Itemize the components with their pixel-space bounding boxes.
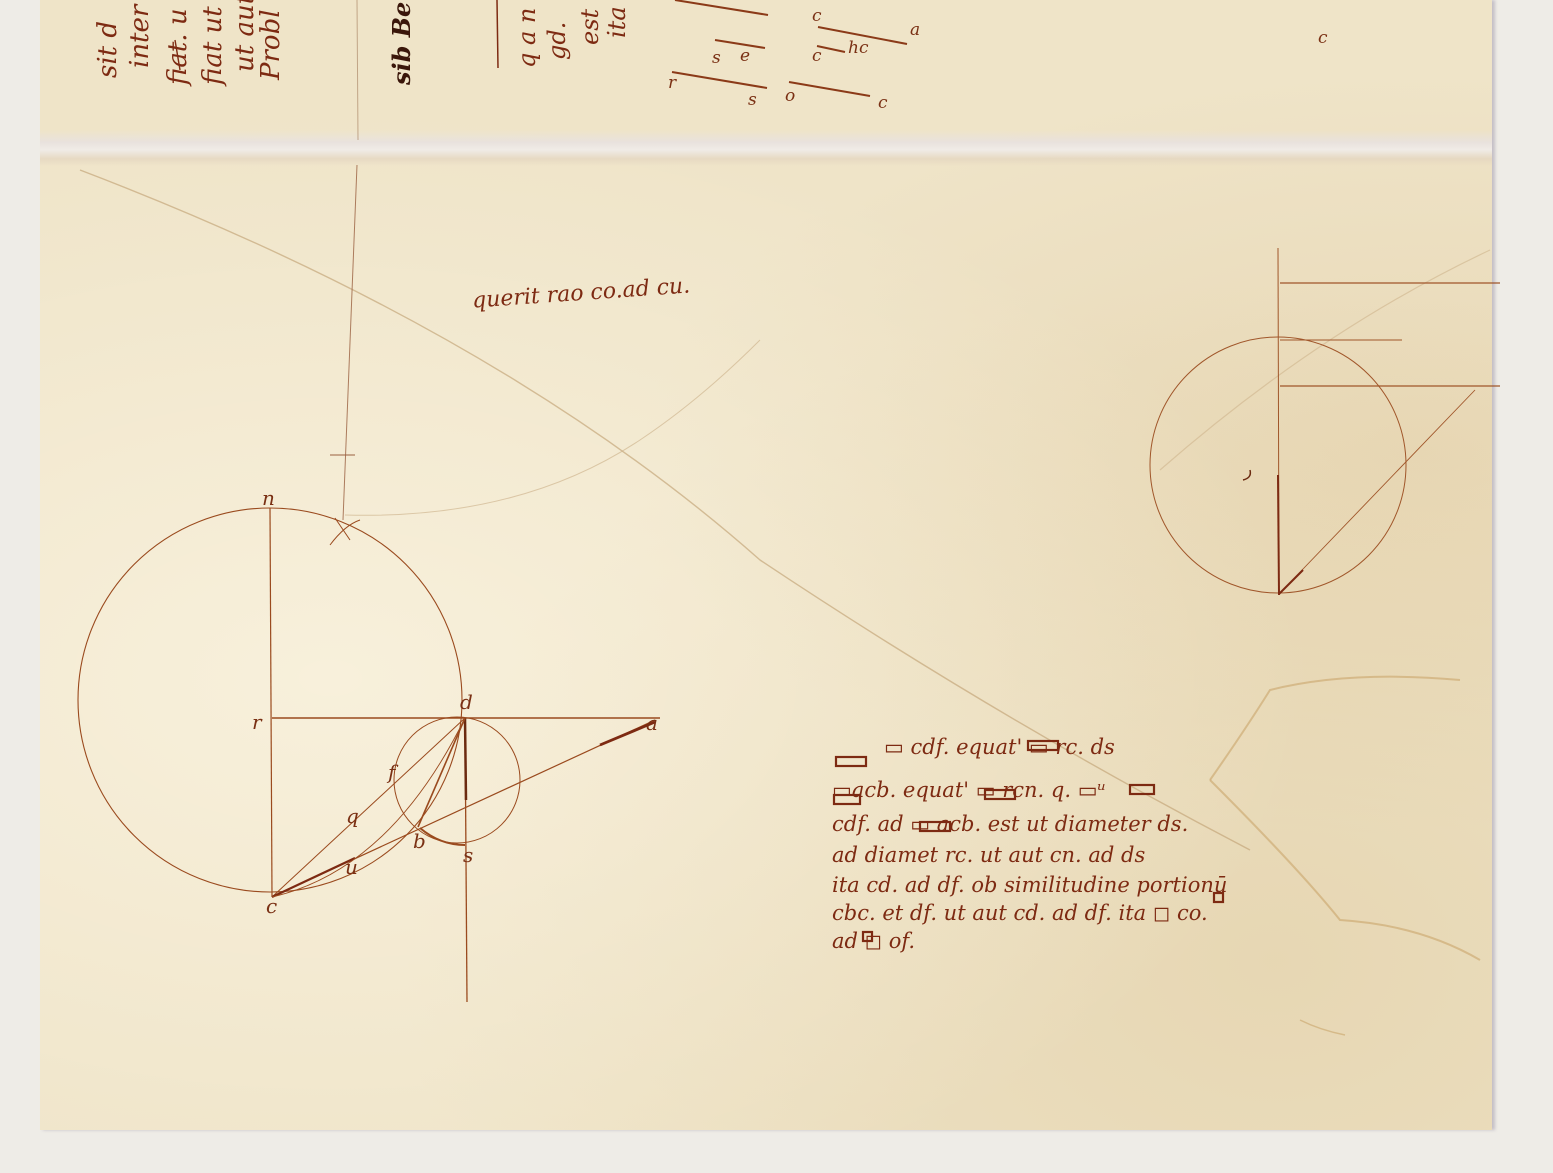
label-n: n [262,488,275,508]
proportion-letter-s2: s [712,50,721,67]
proportion-letter-r: r [668,75,676,92]
note-line-6: cbc. et df. ut aut cd. ad df. ita ◻ co. [832,901,1208,925]
label-r: r [252,712,262,732]
label-a: a [646,713,658,733]
fragment-line-6: Probl [258,9,284,80]
proportion-lines [672,0,907,96]
label-d: d [460,692,473,712]
fragment-line-1: sit d [95,21,121,78]
label-c: c [266,896,277,916]
fragment-line-3: fiat. u [165,8,191,85]
paper-tear-stain [1210,677,1460,780]
geometric-drawings [0,0,1553,1173]
note-line-3: cdf. ad ▭ acb. est ut diameter ds. [832,812,1188,836]
fragment-center-3: est [578,9,602,45]
fragment-line-4: fiat ut [200,6,226,85]
note-line-1: ▭ cdf. equat' ▭ rc. ds [884,735,1115,759]
note-line-4: ad diamet rc. ut aut cn. ad ds [832,843,1145,867]
proportion-letter-a: a [910,22,920,39]
label-q: q [346,806,359,826]
proportion-letter-hc: hc [848,40,868,57]
proportion-letter-c1: c [812,8,822,25]
label-f: f [388,762,395,782]
proportion-letter-c3: c [878,95,888,112]
label-b: b [413,831,426,851]
label-u: u [345,857,358,877]
fragment-line-5: ut aut [232,0,258,72]
note-line-2: ▭acb. equat' ▭ rcn. q. ▭ᵘ [832,778,1106,802]
note-line-7: ad ◻ of. [832,929,915,953]
proportion-letter-e: e [740,48,750,65]
left-figure-diagram [78,508,660,1002]
proportion-letter-o: o [785,88,795,105]
fragment-center-4: ita [605,6,629,38]
fragment-line-2: inter [127,5,153,68]
fragment-center-2: gd. [545,22,569,60]
corner-letter: c [1318,30,1328,47]
note-line-5: ita cd. ad df. ob similitudine portionū [832,873,1227,897]
right-figure-diagram [1150,248,1500,595]
label-s: s [463,845,473,865]
proportion-letter-s1: s [748,92,757,109]
proportion-letter-c2: c [812,48,822,65]
fragment-center-1: q a n [515,8,539,68]
paper-tear-stain-lower [1210,780,1480,960]
fragment-label-mid: sib Be [390,2,414,85]
